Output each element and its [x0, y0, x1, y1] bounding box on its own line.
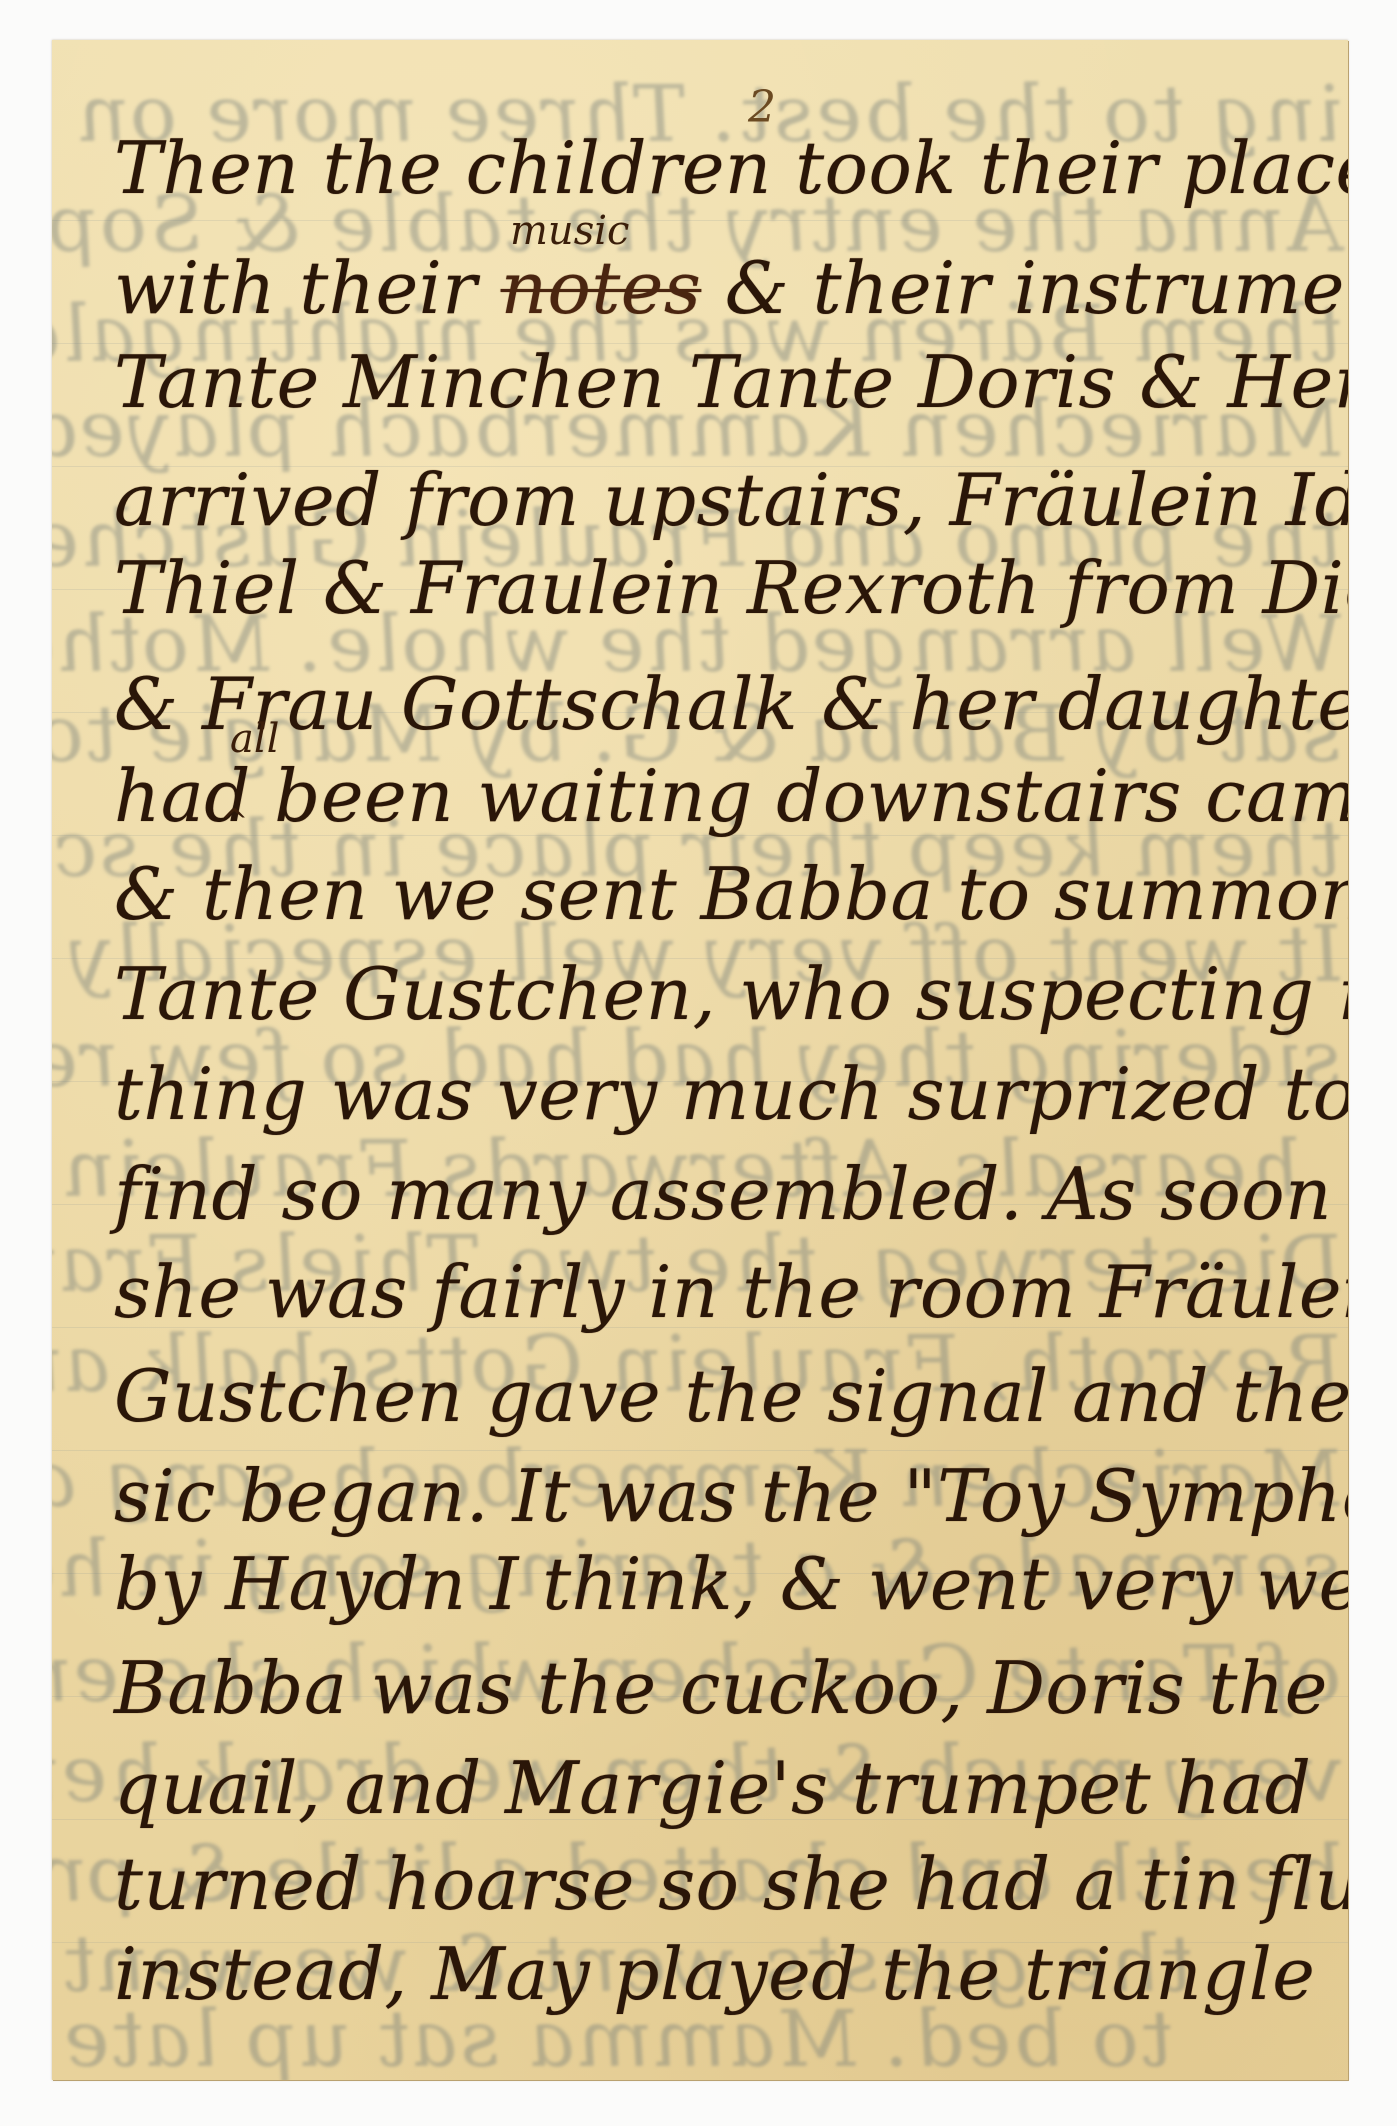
text-line-14: sic began. It was the "Toy Symphony" — [114, 1460, 1348, 1532]
text-fragment: & their instruments, — [701, 246, 1348, 330]
text-line-5: Thiel & Fraulein Rexroth from Diesterweg… — [114, 552, 1348, 624]
text-line-8: & then we sent Babba to summon — [114, 858, 1348, 930]
text-line-1: Then the children took their places — [114, 132, 1348, 204]
text-line-15: by Haydn I think, & went very well. — [114, 1548, 1348, 1620]
text-fragment: with their — [114, 246, 501, 330]
text-fragment: had — [114, 754, 274, 838]
text-line-16: Babba was the cuckoo, Doris the — [114, 1652, 1348, 1724]
text-line-9: Tante Gustchen, who suspecting no- — [114, 958, 1348, 1030]
text-line-13: Gustchen gave the signal and the mu- — [114, 1360, 1348, 1432]
caret-mark: ^ — [220, 802, 249, 842]
text-line-11: find so many assembled. As soon as — [114, 1158, 1348, 1230]
text-fragment: been waiting downstairs came in. — [274, 754, 1348, 838]
text-line-10: thing was very much surprized to — [114, 1058, 1348, 1130]
text-line-19: instead, May played the triangle — [114, 1938, 1348, 2010]
text-line-12: she was fairly in the room Fräulein — [114, 1256, 1348, 1328]
struck-word: notes — [501, 246, 702, 330]
text-line-18: turned hoarse so she had a tin flute — [114, 1848, 1348, 1920]
text-line-17: quail, and Margie's trumpet had — [114, 1752, 1348, 1824]
text-line-7: had been waiting downstairs came in. — [114, 760, 1348, 832]
letter-page: ing to the best. Three more on the these… — [52, 40, 1348, 2080]
ruled-line — [52, 220, 1348, 221]
text-line-4: arrived from upstairs, Fräulein Ida — [114, 464, 1348, 536]
interlinear-insertion: all — [230, 716, 279, 762]
interlinear-insertion: music — [510, 208, 629, 254]
text-line-6: & Frau Gottschalk & her daughter who — [114, 668, 1348, 740]
text-line-2: with their notes & their instruments, — [114, 252, 1348, 324]
ruled-line — [52, 1450, 1348, 1451]
text-line-3: Tante Minchen Tante Doris & Hermann — [114, 346, 1348, 418]
